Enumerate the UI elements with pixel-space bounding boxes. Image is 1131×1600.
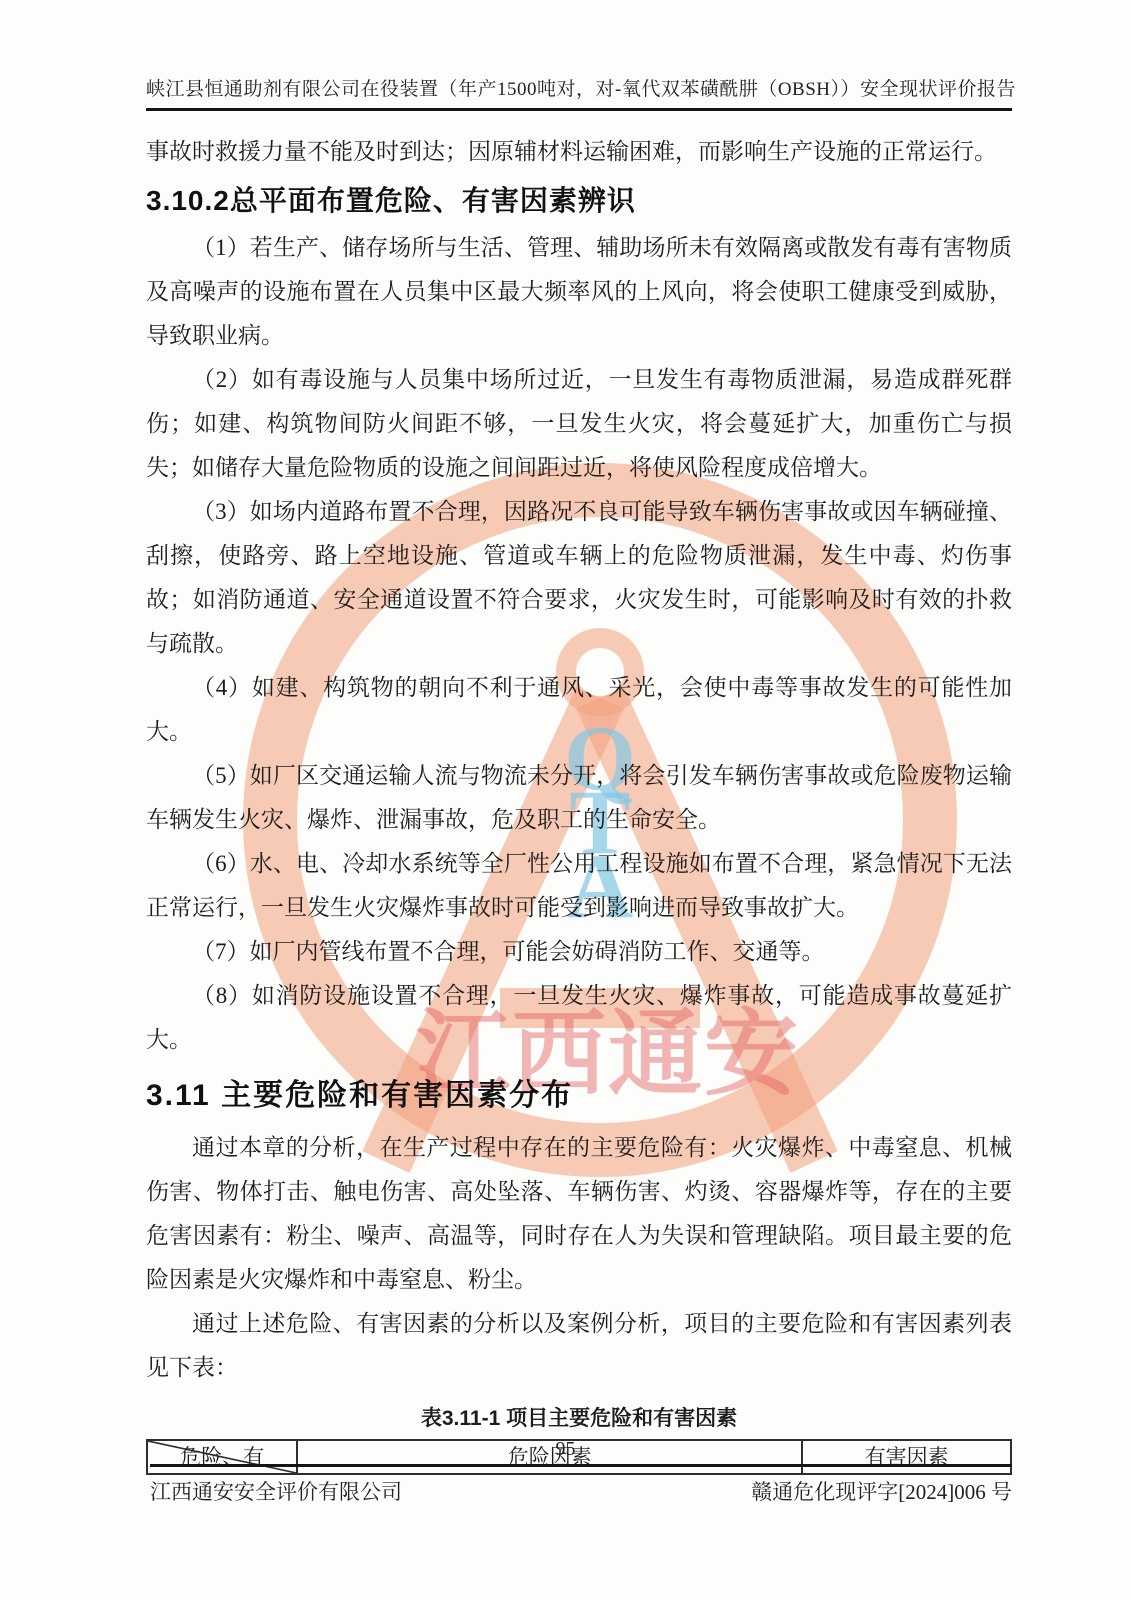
paragraph-6: （6）水、电、冷却水系统等全厂性公用工程设施如布置不合理，紧急情况下无法正常运行… [146, 842, 1012, 930]
page-number: 95 [0, 1438, 1131, 1461]
section-heading-3-11: 3.11 主要危险和有害因素分布 [146, 1070, 1012, 1122]
paragraph-5: （5）如厂区交通运输人流与物流未分开，将会引发车辆伤害事故或危险废物运输车辆发生… [146, 754, 1012, 842]
table-caption: 表3.11-1 项目主要危险和有害因素 [146, 1404, 1012, 1434]
header-rule [146, 108, 1012, 111]
document-body: 事故时救援力量不能及时到达；因原辅材料运输困难，而影响生产设施的正常运行。 3.… [146, 130, 1012, 1475]
report-page: Q T A 江西通安 峡江县恒通助剂有限公司在役装置（年产1500吨对，对-氧代… [0, 0, 1131, 1600]
paragraph-summary-1: 通过本章的分析，在生产过程中存在的主要危险有：火灾爆炸、中毒窒息、机械伤害、物体… [146, 1126, 1012, 1302]
paragraph-1: （1）若生产、储存场所与生活、管理、辅助场所未有效隔离或散发有毒有害物质及高噪声… [146, 226, 1012, 358]
paragraph-7: （7）如厂内管线布置不合理，可能会妨碍消防工作、交通等。 [146, 930, 1012, 974]
footer-rule [150, 1464, 1012, 1467]
footer-company-name: 江西通安安全评价有限公司 [150, 1476, 402, 1506]
page-header-title: 峡江县恒通助剂有限公司在役装置（年产1500吨对，对-氧代双苯磺酰肼（OBSH）… [146, 74, 1012, 101]
section-heading-3-10-2: 3.10.2总平面布置危险、有害因素辨识 [146, 178, 1012, 224]
paragraph-4: （4）如建、构筑物的朝向不利于通风、采光，会使中毒等事故发生的可能性加大。 [146, 666, 1012, 754]
paragraph-2: （2）如有毒设施与人员集中场所过近，一旦发生有毒物质泄漏，易造成群死群伤；如建、… [146, 358, 1012, 490]
paragraph-8: （8）如消防设施设置不合理，一旦发生火灾、爆炸事故，可能造成事故蔓延扩大。 [146, 974, 1012, 1062]
intro-paragraph: 事故时救援力量不能及时到达；因原辅材料运输困难，而影响生产设施的正常运行。 [146, 130, 1012, 174]
content-layer: 峡江县恒通助剂有限公司在役装置（年产1500吨对，对-氧代双苯磺酰肼（OBSH）… [0, 0, 1131, 1600]
paragraph-summary-2: 通过上述危险、有害因素的分析以及案例分析，项目的主要危险和有害因素列表见下表： [146, 1302, 1012, 1390]
paragraph-3: （3）如场内道路布置不合理，因路况不良可能导致车辆伤害事故或因车辆碰撞、刮擦，使… [146, 490, 1012, 666]
footer-document-number: 赣通危化现评字[2024]006 号 [751, 1476, 1012, 1506]
